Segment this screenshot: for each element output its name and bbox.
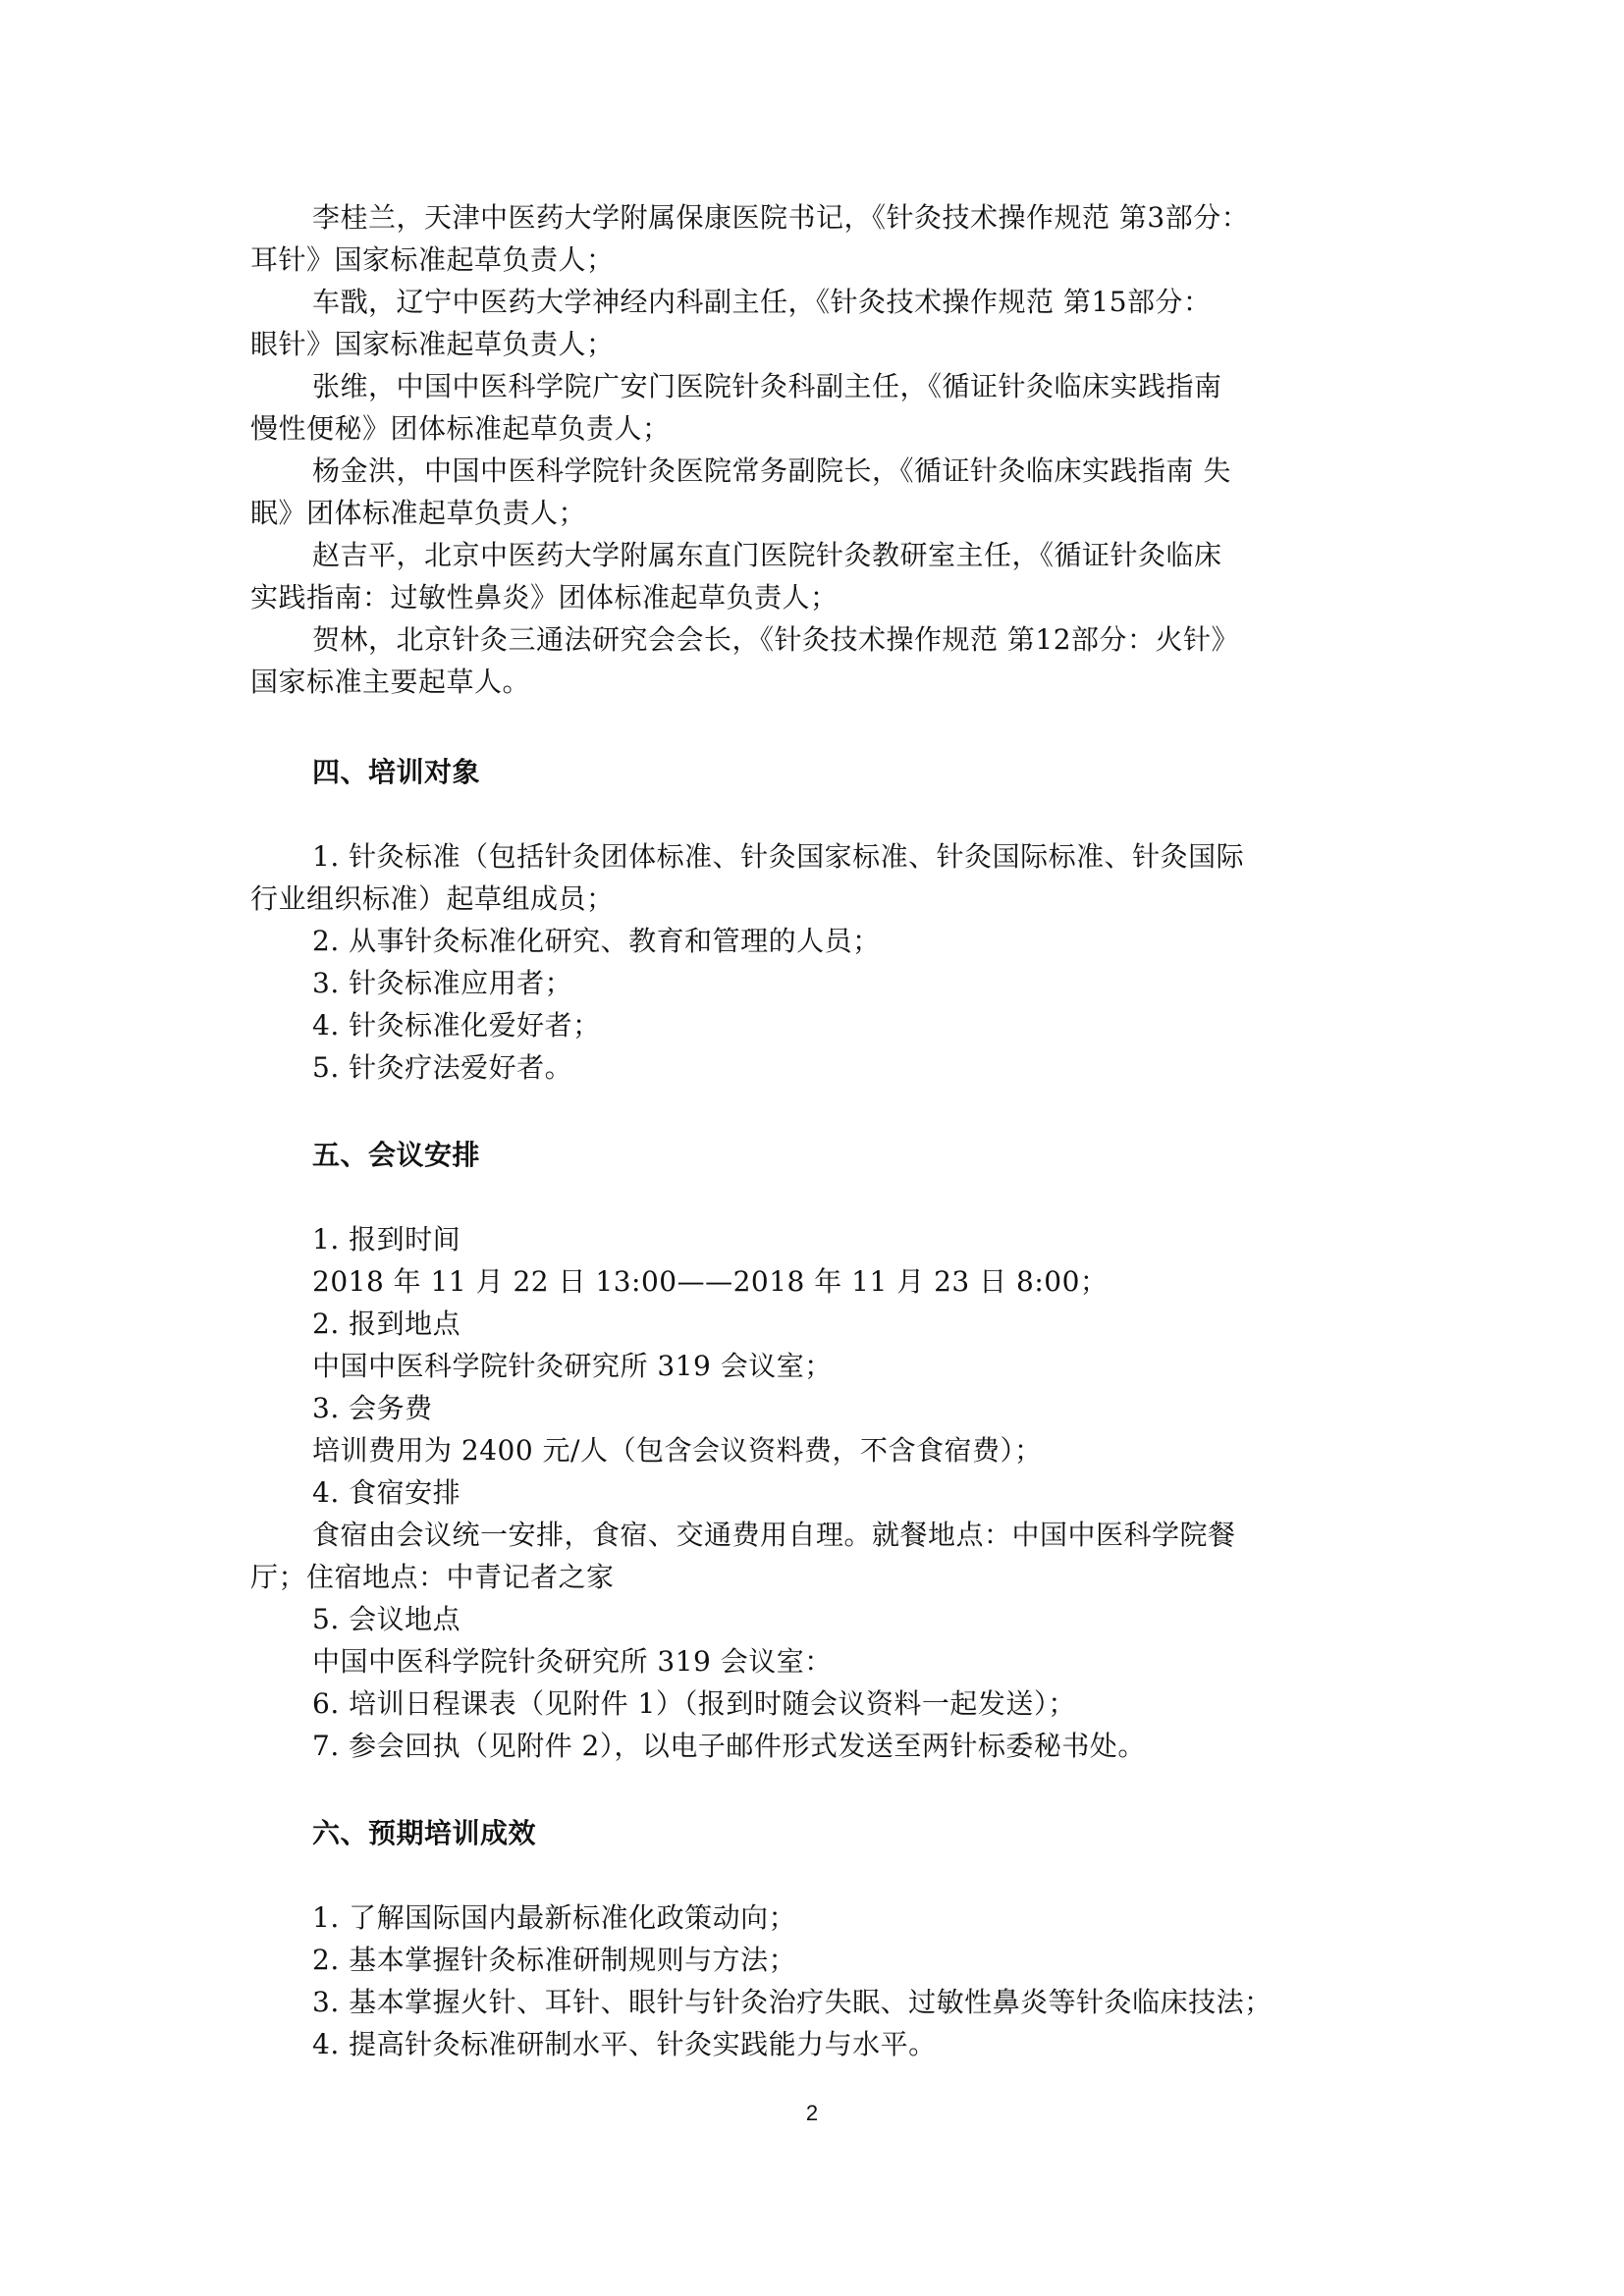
section-heading-training-targets: 四、培训对象	[250, 751, 1376, 793]
expert-line: 慢性便秘》团体标准起草负责人；	[250, 407, 1376, 450]
expert-line: 车戬，辽宁中医药大学神经内科副主任，《针灸技术操作规范 第15部分：	[250, 281, 1376, 323]
arrangement-line: 1. 报到时间	[250, 1218, 1376, 1260]
list-item: 4. 针灸标准化爱好者；	[250, 1004, 1376, 1046]
list-item: 3. 基本掌握火针、耳针、眼针与针灸治疗失眠、过敏性鼻炎等针灸临床技法；	[250, 1981, 1376, 2023]
arrangement-line: 中国中医科学院针灸研究所 319 会议室：	[250, 1640, 1376, 1682]
expert-line: 杨金洪，中国中医科学院针灸医院常务副院长，《循证针灸临床实践指南 失	[250, 450, 1376, 492]
expert-line: 李桂兰，天津中医药大学附属保康医院书记，《针灸技术操作规范 第3部分：	[250, 196, 1376, 239]
list-item-continuation: 行业组织标准）起草组成员；	[250, 878, 1376, 920]
arrangement-line: 厅；住宿地点：中青记者之家	[250, 1556, 1376, 1598]
arrangement-line: 2. 报到地点	[250, 1303, 1376, 1345]
list-item: 1. 了解国际国内最新标准化政策动向；	[250, 1896, 1376, 1939]
list-item: 3. 针灸标准应用者；	[250, 962, 1376, 1004]
expert-line: 耳针》国家标准起草负责人；	[250, 239, 1376, 281]
arrangement-line: 5. 会议地点	[250, 1598, 1376, 1640]
arrangement-line: 培训费用为 2400 元/人（包含会议资料费，不含食宿费）；	[250, 1429, 1376, 1471]
section-heading-expected-outcomes: 六、预期培训成效	[250, 1812, 1376, 1854]
expert-line: 贺林，北京针灸三通法研究会会长，《针灸技术操作规范 第12部分：火针》	[250, 618, 1376, 661]
expert-line: 赵吉平，北京中医药大学附属东直门医院针灸教研室主任，《循证针灸临床	[250, 534, 1376, 576]
arrangement-line: 6. 培训日程课表（见附件 1）（报到时随会议资料一起发送）；	[250, 1682, 1376, 1725]
arrangement-line: 2018 年 11 月 22 日 13:00——2018 年 11 月 23 日…	[250, 1260, 1376, 1303]
page-number: 2	[0, 2101, 1624, 2126]
arrangement-line: 4. 食宿安排	[250, 1471, 1376, 1514]
expert-line: 眼针》国家标准起草负责人；	[250, 323, 1376, 365]
list-item: 4. 提高针灸标准研制水平、针灸实践能力与水平。	[250, 2023, 1376, 2065]
list-item: 2. 基本掌握针灸标准研制规则与方法；	[250, 1939, 1376, 1981]
expert-line: 实践指南：过敏性鼻炎》团体标准起草负责人；	[250, 576, 1376, 618]
arrangement-line: 3. 会务费	[250, 1387, 1376, 1429]
section-heading-meeting-arrangements: 五、会议安排	[250, 1134, 1376, 1176]
expert-line: 张维，中国中医科学院广安门医院针灸科副主任，《循证针灸临床实践指南	[250, 365, 1376, 407]
list-item: 2. 从事针灸标准化研究、教育和管理的人员；	[250, 920, 1376, 962]
list-item: 1. 针灸标准（包括针灸团体标准、针灸国家标准、针灸国际标准、针灸国际	[250, 835, 1376, 878]
arrangement-line: 中国中医科学院针灸研究所 319 会议室；	[250, 1345, 1376, 1387]
arrangement-line: 7. 参会回执（见附件 2），以电子邮件形式发送至两针标委秘书处。	[250, 1725, 1376, 1767]
expert-line: 眠》团体标准起草负责人；	[250, 492, 1376, 534]
expert-line: 国家标准主要起草人。	[250, 661, 1376, 703]
list-item: 5. 针灸疗法爱好者。	[250, 1046, 1376, 1089]
arrangement-line: 食宿由会议统一安排，食宿、交通费用自理。就餐地点：中国中医科学院餐	[250, 1514, 1376, 1556]
